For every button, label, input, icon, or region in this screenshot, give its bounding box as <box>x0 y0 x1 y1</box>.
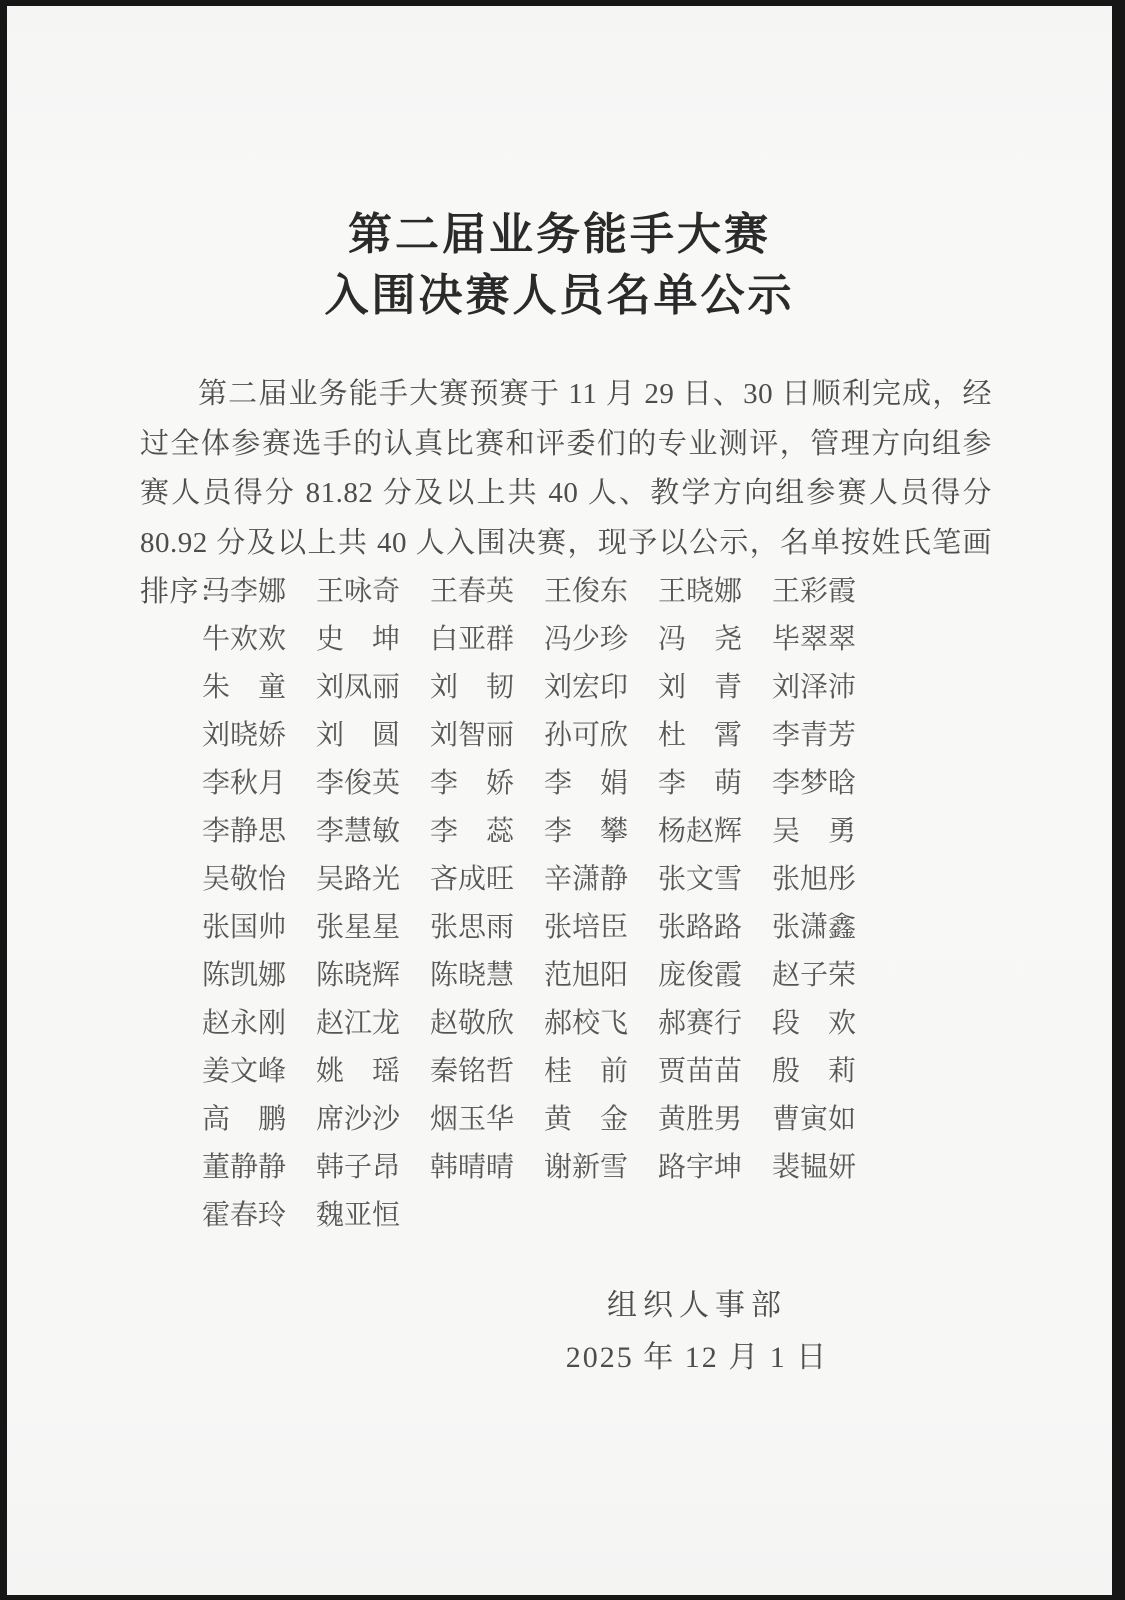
person-name: 牛欢欢 <box>202 616 286 664</box>
person-name: 刘韧 <box>430 664 514 712</box>
person-name: 刘泽沛 <box>772 664 856 712</box>
person-name: 李静思 <box>202 808 286 856</box>
person-name: 李慧敏 <box>316 808 400 856</box>
person-name: 席沙沙 <box>316 1096 400 1144</box>
person-name: 路宇坤 <box>658 1144 742 1192</box>
person-name: 王彩霞 <box>772 568 856 616</box>
person-name: 桂前 <box>544 1048 628 1096</box>
person-name: 韩晴晴 <box>430 1144 514 1192</box>
person-name: 吴敬怡 <box>202 856 286 904</box>
person-name: 霍春玲 <box>202 1192 286 1240</box>
person-name: 吴勇 <box>772 808 856 856</box>
person-name: 黄金 <box>544 1096 628 1144</box>
person-name: 刘青 <box>658 664 742 712</box>
person-name: 李俊英 <box>316 760 400 808</box>
person-name: 杨赵辉 <box>658 808 742 856</box>
person-name: 朱童 <box>202 664 286 712</box>
person-name: 张星星 <box>316 904 400 952</box>
person-name: 殷莉 <box>772 1048 856 1096</box>
person-name: 赵敬欣 <box>430 1000 514 1048</box>
person-name: 毕翠翠 <box>772 616 856 664</box>
person-name: 张培臣 <box>544 904 628 952</box>
person-name: 王咏奇 <box>316 568 400 616</box>
person-name: 刘智丽 <box>430 712 514 760</box>
person-name: 烟玉华 <box>430 1096 514 1144</box>
person-name: 张思雨 <box>430 904 514 952</box>
person-name: 范旭阳 <box>544 952 628 1000</box>
person-name: 王晓娜 <box>658 568 742 616</box>
person-name: 秦铭哲 <box>430 1048 514 1096</box>
person-name: 郝校飞 <box>544 1000 628 1048</box>
person-name: 李青芳 <box>772 712 856 760</box>
person-name: 陈凯娜 <box>202 952 286 1000</box>
person-name: 曹寅如 <box>772 1096 856 1144</box>
person-name: 刘晓娇 <box>202 712 286 760</box>
person-name: 史坤 <box>316 616 400 664</box>
signature-department: 组织人事部 <box>487 1284 907 1328</box>
person-name: 郝赛行 <box>658 1000 742 1048</box>
person-name: 白亚群 <box>430 616 514 664</box>
person-name: 陈晓辉 <box>316 952 400 1000</box>
person-name: 辛潇静 <box>544 856 628 904</box>
person-name: 姚瑶 <box>316 1048 400 1096</box>
person-name: 段欢 <box>772 1000 856 1048</box>
person-name: 杜霄 <box>658 712 742 760</box>
person-name: 李攀 <box>544 808 628 856</box>
person-name: 张潇鑫 <box>772 904 856 952</box>
person-name: 赵永刚 <box>202 1000 286 1048</box>
person-name: 贾苗苗 <box>658 1048 742 1096</box>
person-name: 陈晓慧 <box>430 952 514 1000</box>
title-line-2: 入围决赛人员名单公示 <box>7 265 1112 326</box>
person-name: 李秋月 <box>202 760 286 808</box>
person-name: 冯尧 <box>658 616 742 664</box>
person-name: 张文雪 <box>658 856 742 904</box>
signature-block: 组织人事部 2025 年 12 月 1 日 <box>487 1284 907 1380</box>
person-name: 张旭彤 <box>772 856 856 904</box>
person-name: 孙可欣 <box>544 712 628 760</box>
person-name: 张国帅 <box>202 904 286 952</box>
person-name: 李娇 <box>430 760 514 808</box>
person-name: 董静静 <box>202 1144 286 1192</box>
title-line-1: 第二届业务能手大赛 <box>7 204 1112 265</box>
person-name: 魏亚恒 <box>316 1192 400 1240</box>
person-name: 赵子荣 <box>772 952 856 1000</box>
person-name: 张路路 <box>658 904 742 952</box>
signature-date: 2025 年 12 月 1 日 <box>487 1336 907 1380</box>
person-name: 赵江龙 <box>316 1000 400 1048</box>
person-name: 庞俊霞 <box>658 952 742 1000</box>
person-name: 李娟 <box>544 760 628 808</box>
person-name: 李梦晗 <box>772 760 856 808</box>
person-name: 李萌 <box>658 760 742 808</box>
person-name: 高鹏 <box>202 1096 286 1144</box>
person-name: 黄胜男 <box>658 1096 742 1144</box>
document-page: 第二届业务能手大赛 入围决赛人员名单公示 第二届业务能手大赛预赛于 11 月 2… <box>7 6 1112 1595</box>
person-name: 马李娜 <box>202 568 286 616</box>
person-name: 刘凤丽 <box>316 664 400 712</box>
person-name: 冯少珍 <box>544 616 628 664</box>
person-name: 姜文峰 <box>202 1048 286 1096</box>
person-name: 王春英 <box>430 568 514 616</box>
person-name: 李蕊 <box>430 808 514 856</box>
document-title: 第二届业务能手大赛 入围决赛人员名单公示 <box>7 204 1112 326</box>
person-name: 韩子昂 <box>316 1144 400 1192</box>
person-name: 裴韫妍 <box>772 1144 856 1192</box>
finalist-name-list: 马李娜王咏奇王春英王俊东王晓娜王彩霞牛欢欢史坤白亚群冯少珍冯尧毕翠翠朱童刘凤丽刘… <box>202 568 856 1240</box>
person-name: 刘宏印 <box>544 664 628 712</box>
person-name: 王俊东 <box>544 568 628 616</box>
person-name: 吝成旺 <box>430 856 514 904</box>
person-name: 吴路光 <box>316 856 400 904</box>
person-name: 谢新雪 <box>544 1144 628 1192</box>
person-name: 刘圆 <box>316 712 400 760</box>
